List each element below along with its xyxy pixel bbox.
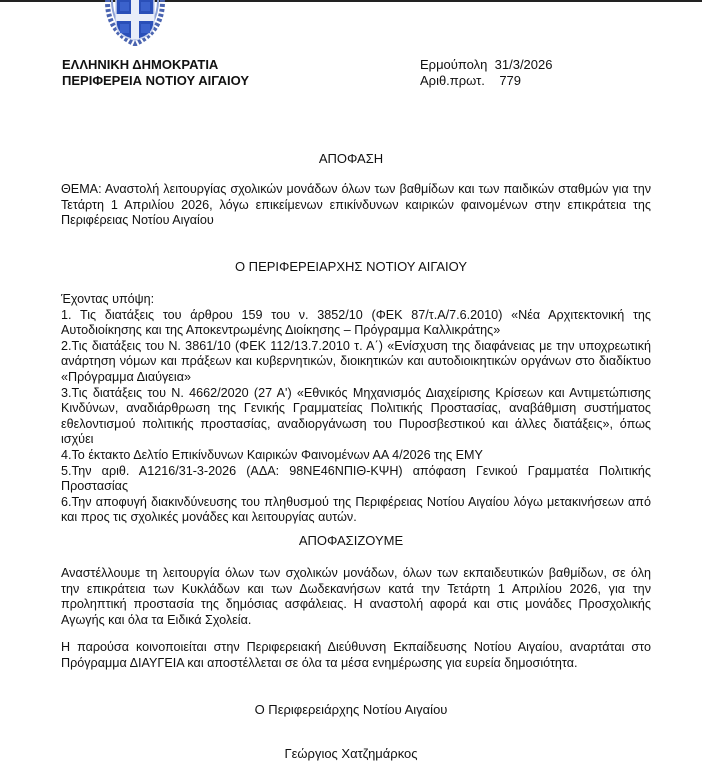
considering-intro: Έχοντας υπόψη: [61,292,651,308]
decision-paragraph: Αναστέλλουμε τη λειτουργία όλων των σχολ… [61,566,651,628]
considering-section: Έχοντας υπόψη: 1. Τις διατάξεις του άρθρ… [61,292,651,526]
protocol-label: Αριθ.πρωτ. [420,73,485,88]
greek-coat-of-arms-icon [100,0,170,46]
signature-name: Γεώργιος Χατζημάρκος [0,746,702,761]
considering-item-6: 6.Την αποφυγή διακινδύνευσης του πληθυσμ… [61,495,651,526]
document-date: 31/3/2026 [495,57,553,72]
subject-paragraph: ΘΕΜΑ: Αναστολή λειτουργίας σχολικών μονά… [61,182,651,229]
protocol-line: Αριθ.πρωτ. 779 [420,73,552,89]
considering-item-3: 3.Τις διατάξεις του Ν. 4662/2020 (27 Α')… [61,386,651,448]
place-date-line: Ερμούπολη 31/3/2026 [420,57,552,73]
org-line-1: ΕΛΛΗΝΙΚΗ ΔΗΜΟΚΡΑΤΙΑ [62,57,249,73]
document-title: ΑΠΟΦΑΣΗ [0,151,702,166]
considering-item-2: 2.Τις διατάξεις του Ν. 3861/10 (ΦΕΚ 112/… [61,339,651,386]
decision-heading: ΑΠΟΦΑΣΙΖΟΥΜΕ [0,533,702,548]
considering-item-4: 4.Το έκτακτο Δελτίο Επικίνδυνων Καιρικών… [61,448,651,464]
signature-title: Ο Περιφερειάρχης Νοτίου Αιγαίου [0,702,702,717]
protocol-number: 779 [499,73,521,88]
place-label: Ερμούπολη [420,57,487,72]
document-meta: Ερμούπολη 31/3/2026 Αριθ.πρωτ. 779 [420,57,552,89]
authority-heading: Ο ΠΕΡΙΦΕΡΕΙΑΡΧΗΣ ΝΟΤΙΟΥ ΑΙΓΑΙΟΥ [0,259,702,274]
considering-item-1: 1. Τις διατάξεις του άρθρου 159 του ν. 3… [61,308,651,339]
decision-text: Αναστέλλουμε τη λειτουργία όλων των σχολ… [61,566,651,628]
considering-item-5: 5.Την αριθ. Α1216/31-3-2026 (ΑΔΑ: 98ΝΕ46… [61,464,651,495]
notification-paragraph: Η παρούσα κοινοποιείται στην Περιφερειακ… [61,640,651,671]
notification-text: Η παρούσα κοινοποιείται στην Περιφερειακ… [61,640,651,671]
issuing-organization: ΕΛΛΗΝΙΚΗ ΔΗΜΟΚΡΑΤΙΑ ΠΕΡΙΦΕΡΕΙΑ ΝΟΤΙΟΥ ΑΙ… [62,57,249,89]
org-line-2: ΠΕΡΙΦΕΡΕΙΑ ΝΟΤΙΟΥ ΑΙΓΑΙΟΥ [62,73,249,89]
subject-text: ΘΕΜΑ: Αναστολή λειτουργίας σχολικών μονά… [61,182,651,229]
